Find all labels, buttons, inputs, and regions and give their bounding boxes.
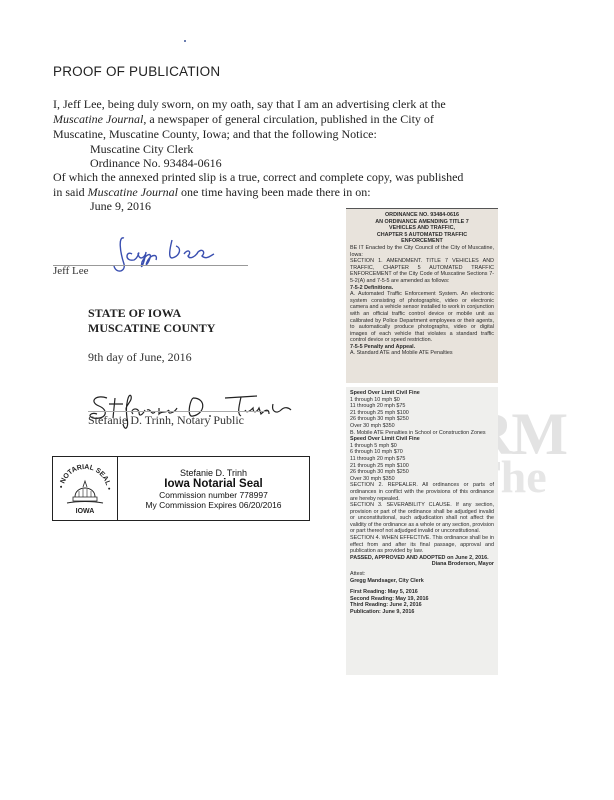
- penalty-heading: 7-5-5 Penalty and Appeal.: [350, 344, 494, 351]
- seal-title: Iowa Notarial Seal: [164, 478, 262, 490]
- fine-row: 26 through 30 mph $250: [350, 469, 494, 476]
- affidavit-line-2: Muscatine Journal, a newspaper of genera…: [53, 112, 473, 127]
- newspaper-clipping-part-1: ORDINANCE NO. 93484-0616 AN ORDINANCE AM…: [346, 208, 498, 383]
- affidavit-line-3: Muscatine, Muscatine County, Iowa; and t…: [53, 127, 473, 142]
- fine-table-2-heading: Speed Over Limit Civil Fine: [350, 436, 494, 443]
- enactment-clause: BE IT Enacted by the City Council of the…: [350, 245, 494, 258]
- notarial-seal-stamp: • NOTARIAL SEAL • IOWA Stefanie D. Trinh…: [52, 456, 310, 521]
- seal-expiration: My Commission Expires 06/20/2016: [145, 500, 281, 510]
- affidavit-line-5: in said Muscatine Journal one time havin…: [53, 185, 473, 200]
- penalty-text: A. Standard ATE and Mobile ATE Penalties: [350, 350, 494, 357]
- notary-date: 9th day of June, 2016: [88, 350, 192, 365]
- state-name: STATE OF IOWA: [88, 306, 215, 321]
- fine-row: 1 through 10 mph $0: [350, 397, 494, 404]
- mayor-signature: Diana Broderson, Mayor: [350, 561, 494, 568]
- notice-from: Muscatine City Clerk: [90, 142, 193, 157]
- clerk-signature: Gregg Mandsager, City Clerk: [350, 578, 494, 585]
- section-4: SECTION 4. WHEN EFFECTIVE. This ordinanc…: [350, 535, 494, 555]
- fine-row: 21 through 25 mph $100: [350, 463, 494, 470]
- newspaper-clipping-part-2: Speed Over Limit Civil Fine 1 through 10…: [346, 387, 498, 675]
- fine-table-2: 1 through 5 mph $0 6 through 10 mph $70 …: [350, 443, 494, 483]
- seal-emblem: • NOTARIAL SEAL • IOWA: [53, 457, 118, 520]
- fine-row: 21 through 25 mph $100: [350, 410, 494, 417]
- ordinance-heading: ORDINANCE NO. 93484-0616 AN ORDINANCE AM…: [350, 212, 494, 245]
- affiant-signature: [110, 232, 220, 277]
- fine-table-1: 1 through 10 mph $0 11 through 20 mph $7…: [350, 397, 494, 430]
- seal-text: Stefanie D. Trinh Iowa Notarial Seal Com…: [118, 457, 309, 520]
- notary-jurisdiction: STATE OF IOWA MUSCATINE COUNTY: [88, 306, 215, 336]
- svg-text:• NOTARIAL SEAL •: • NOTARIAL SEAL •: [58, 464, 112, 491]
- section-1: SECTION 1. AMENDMENT. TITLE 7 VEHICLES A…: [350, 258, 494, 284]
- fine-row: 11 through 20 mph $75: [350, 403, 494, 410]
- fine-row: 6 through 10 mph $70: [350, 449, 494, 456]
- fine-row: Over 30 mph $350: [350, 423, 494, 430]
- seal-notary-name: Stefanie D. Trinh: [180, 468, 247, 478]
- attest-label: Attest:: [350, 571, 494, 578]
- school-zone-text: B. Mobile ATE Penalties in School or Con…: [350, 430, 494, 437]
- scan-mark: [184, 40, 186, 42]
- newspaper-name: Muscatine Journal: [53, 112, 143, 126]
- section-3: SECTION 3. SEVERABILITY CLAUSE. If any s…: [350, 502, 494, 535]
- capitol-dome-icon: • NOTARIAL SEAL • IOWA: [53, 457, 117, 520]
- fine-row: 11 through 20 mph $75: [350, 456, 494, 463]
- passed-statement: PASSED, APPROVED AND ADOPTED on June 2, …: [350, 555, 494, 562]
- seal-commission-number: Commission number 778997: [159, 490, 268, 500]
- seal-state-label: IOWA: [76, 508, 95, 515]
- fine-row: 1 through 5 mph $0: [350, 443, 494, 450]
- definitions-text: A. Automated Traffic Enforcement System.…: [350, 291, 494, 344]
- affidavit-line-1: I, Jeff Lee, being duly sworn, on my oat…: [53, 97, 473, 112]
- notary-signature-line: [88, 411, 268, 412]
- section-2: SECTION 2. REPEALER. All ordinances or p…: [350, 482, 494, 502]
- fine-table-1-heading: Speed Over Limit Civil Fine: [350, 390, 494, 397]
- notice-title: Ordinance No. 93484-0616: [90, 156, 222, 171]
- reading-dates: First Reading: May 5, 2016 Second Readin…: [350, 589, 494, 615]
- definitions-heading: 7-5-2 Definitions.: [350, 285, 494, 292]
- publication-date: June 9, 2016: [90, 199, 151, 214]
- notary-name: Stefanie D. Trinh, Notary Public: [88, 413, 244, 428]
- fine-row: 26 through 30 mph $250: [350, 416, 494, 423]
- fine-row: Over 30 mph $350: [350, 476, 494, 483]
- affiant-name: Jeff Lee: [53, 265, 89, 277]
- county-name: MUSCATINE COUNTY: [88, 321, 215, 336]
- document-title: PROOF OF PUBLICATION: [53, 64, 220, 79]
- affidavit-line-4: Of which the annexed printed slip is a t…: [53, 170, 493, 185]
